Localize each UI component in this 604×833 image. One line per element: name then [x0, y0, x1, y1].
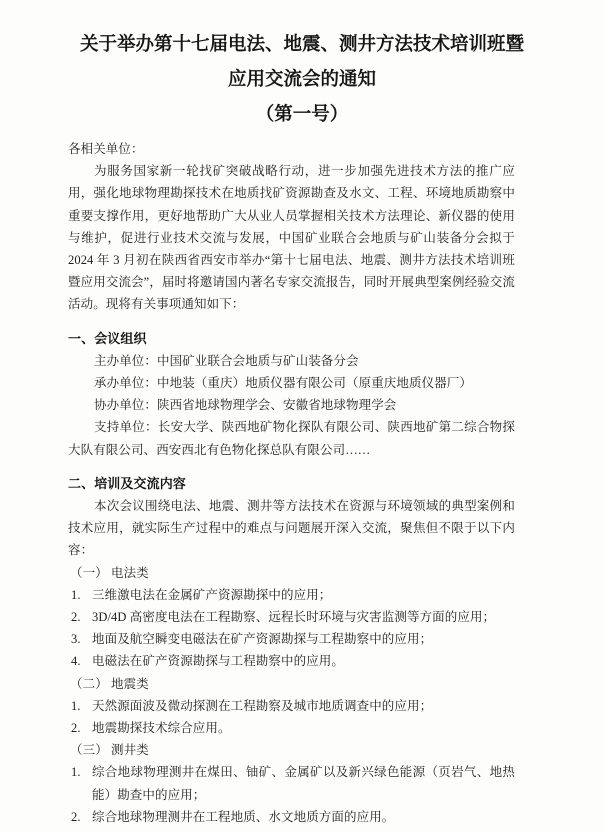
- org-line-supporters: 支持单位：长安大学、陕西地矿物化探队有限公司、陕西地矿第二综合物探大队有限公司、…: [68, 416, 515, 460]
- subsection-label-welllogging: （三） 测井类: [68, 739, 515, 761]
- list-item: 1. 综合地球物理测井在煤田、铀矿、金属矿以及新兴绿色能源（页岩气、地热能）勘查…: [68, 761, 515, 805]
- salutation: 各相关单位：: [68, 138, 515, 160]
- section-heading-2: 二、培训及交流内容: [68, 473, 515, 495]
- org-line-organizer: 承办单位：中地装（重庆）地质仪器有限公司（原重庆地质仪器厂）: [68, 372, 515, 394]
- section2-intro-paragraph: 本次会议围绕电法、地震、测井等方法技术在资源与环境领域的典型案例和技术应用，就实…: [68, 495, 515, 562]
- title-line-1: 关于举办第十七届电法、地震、测井方法技术培训班暨: [36, 26, 568, 61]
- list-item-text: 综合地球物理测井在煤田、铀矿、金属矿以及新兴绿色能源（页岩气、地热能）勘查中的应…: [92, 765, 515, 801]
- document-body: 各相关单位： 为服务国家新一轮找矿突破战略行动，进一步加强先进技术方法的推广应用…: [0, 131, 604, 828]
- list-item-text: 天然源面波及微动探测在工程勘察及城市地质调查中的应用；: [92, 699, 432, 713]
- subsection-label-seismic: （二） 地震类: [68, 673, 515, 695]
- section-heading-1: 一、会议组织: [68, 328, 515, 350]
- list-item-text: 地面及航空瞬变电磁法在矿产资源勘探与工程勘察中的应用；: [92, 632, 432, 646]
- intro-paragraph: 为服务国家新一轮找矿突破战略行动，进一步加强先进技术方法的推广应用，强化地球物理…: [68, 160, 515, 315]
- list-item-text: 3D/4D 高密度电法在工程勘察、远程长时环境与灾害监测等方面的应用；: [92, 610, 495, 624]
- title-line-number: （第一号）: [36, 96, 568, 131]
- document-page: 关于举办第十七届电法、地震、测井方法技术培训班暨 应用交流会的通知 （第一号） …: [0, 0, 604, 833]
- list-item-number: 1.: [71, 695, 81, 717]
- list-item-text: 综合地球物理测井在工程地质、水文地质方面的应用。: [92, 810, 394, 824]
- list-item-number: 1.: [71, 761, 81, 783]
- list-item-number: 2.: [71, 806, 81, 828]
- list-item: 1. 三维激电法在金属矿产资源勘探中的应用；: [68, 584, 515, 606]
- list-item: 2. 地震勘探技术综合应用。: [68, 717, 515, 739]
- subsection-label-electrical: （一） 电法类: [68, 562, 515, 584]
- list-item: 4. 电磁法在矿产资源勘探与工程勘察中的应用。: [68, 650, 515, 672]
- list-item-text: 电磁法在矿产资源勘探与工程勘察中的应用。: [92, 654, 344, 668]
- org-line-coorganizer: 协办单位：陕西省地球物理学会、安徽省地球物理学会: [68, 394, 515, 416]
- list-item-number: 1.: [71, 584, 81, 606]
- list-item-text: 地震勘探技术综合应用。: [92, 721, 231, 735]
- list-item: 1. 天然源面波及微动探测在工程勘察及城市地质调查中的应用；: [68, 695, 515, 717]
- list-item-number: 2.: [71, 606, 81, 628]
- list-item: 2. 3D/4D 高密度电法在工程勘察、远程长时环境与灾害监测等方面的应用；: [68, 606, 515, 628]
- list-item-number: 2.: [71, 717, 81, 739]
- list-item: 2. 综合地球物理测井在工程地质、水文地质方面的应用。: [68, 806, 515, 828]
- document-title: 关于举办第十七届电法、地震、测井方法技术培训班暨 应用交流会的通知 （第一号）: [0, 0, 604, 131]
- list-item-number: 3.: [71, 628, 81, 650]
- list-item-number: 4.: [71, 650, 81, 672]
- list-item-text: 三维激电法在金属矿产资源勘探中的应用；: [92, 588, 331, 602]
- title-line-2: 应用交流会的通知: [36, 61, 568, 96]
- list-item: 3. 地面及航空瞬变电磁法在矿产资源勘探与工程勘察中的应用；: [68, 628, 515, 650]
- org-line-host: 主办单位：中国矿业联合会地质与矿山装备分会: [68, 350, 515, 372]
